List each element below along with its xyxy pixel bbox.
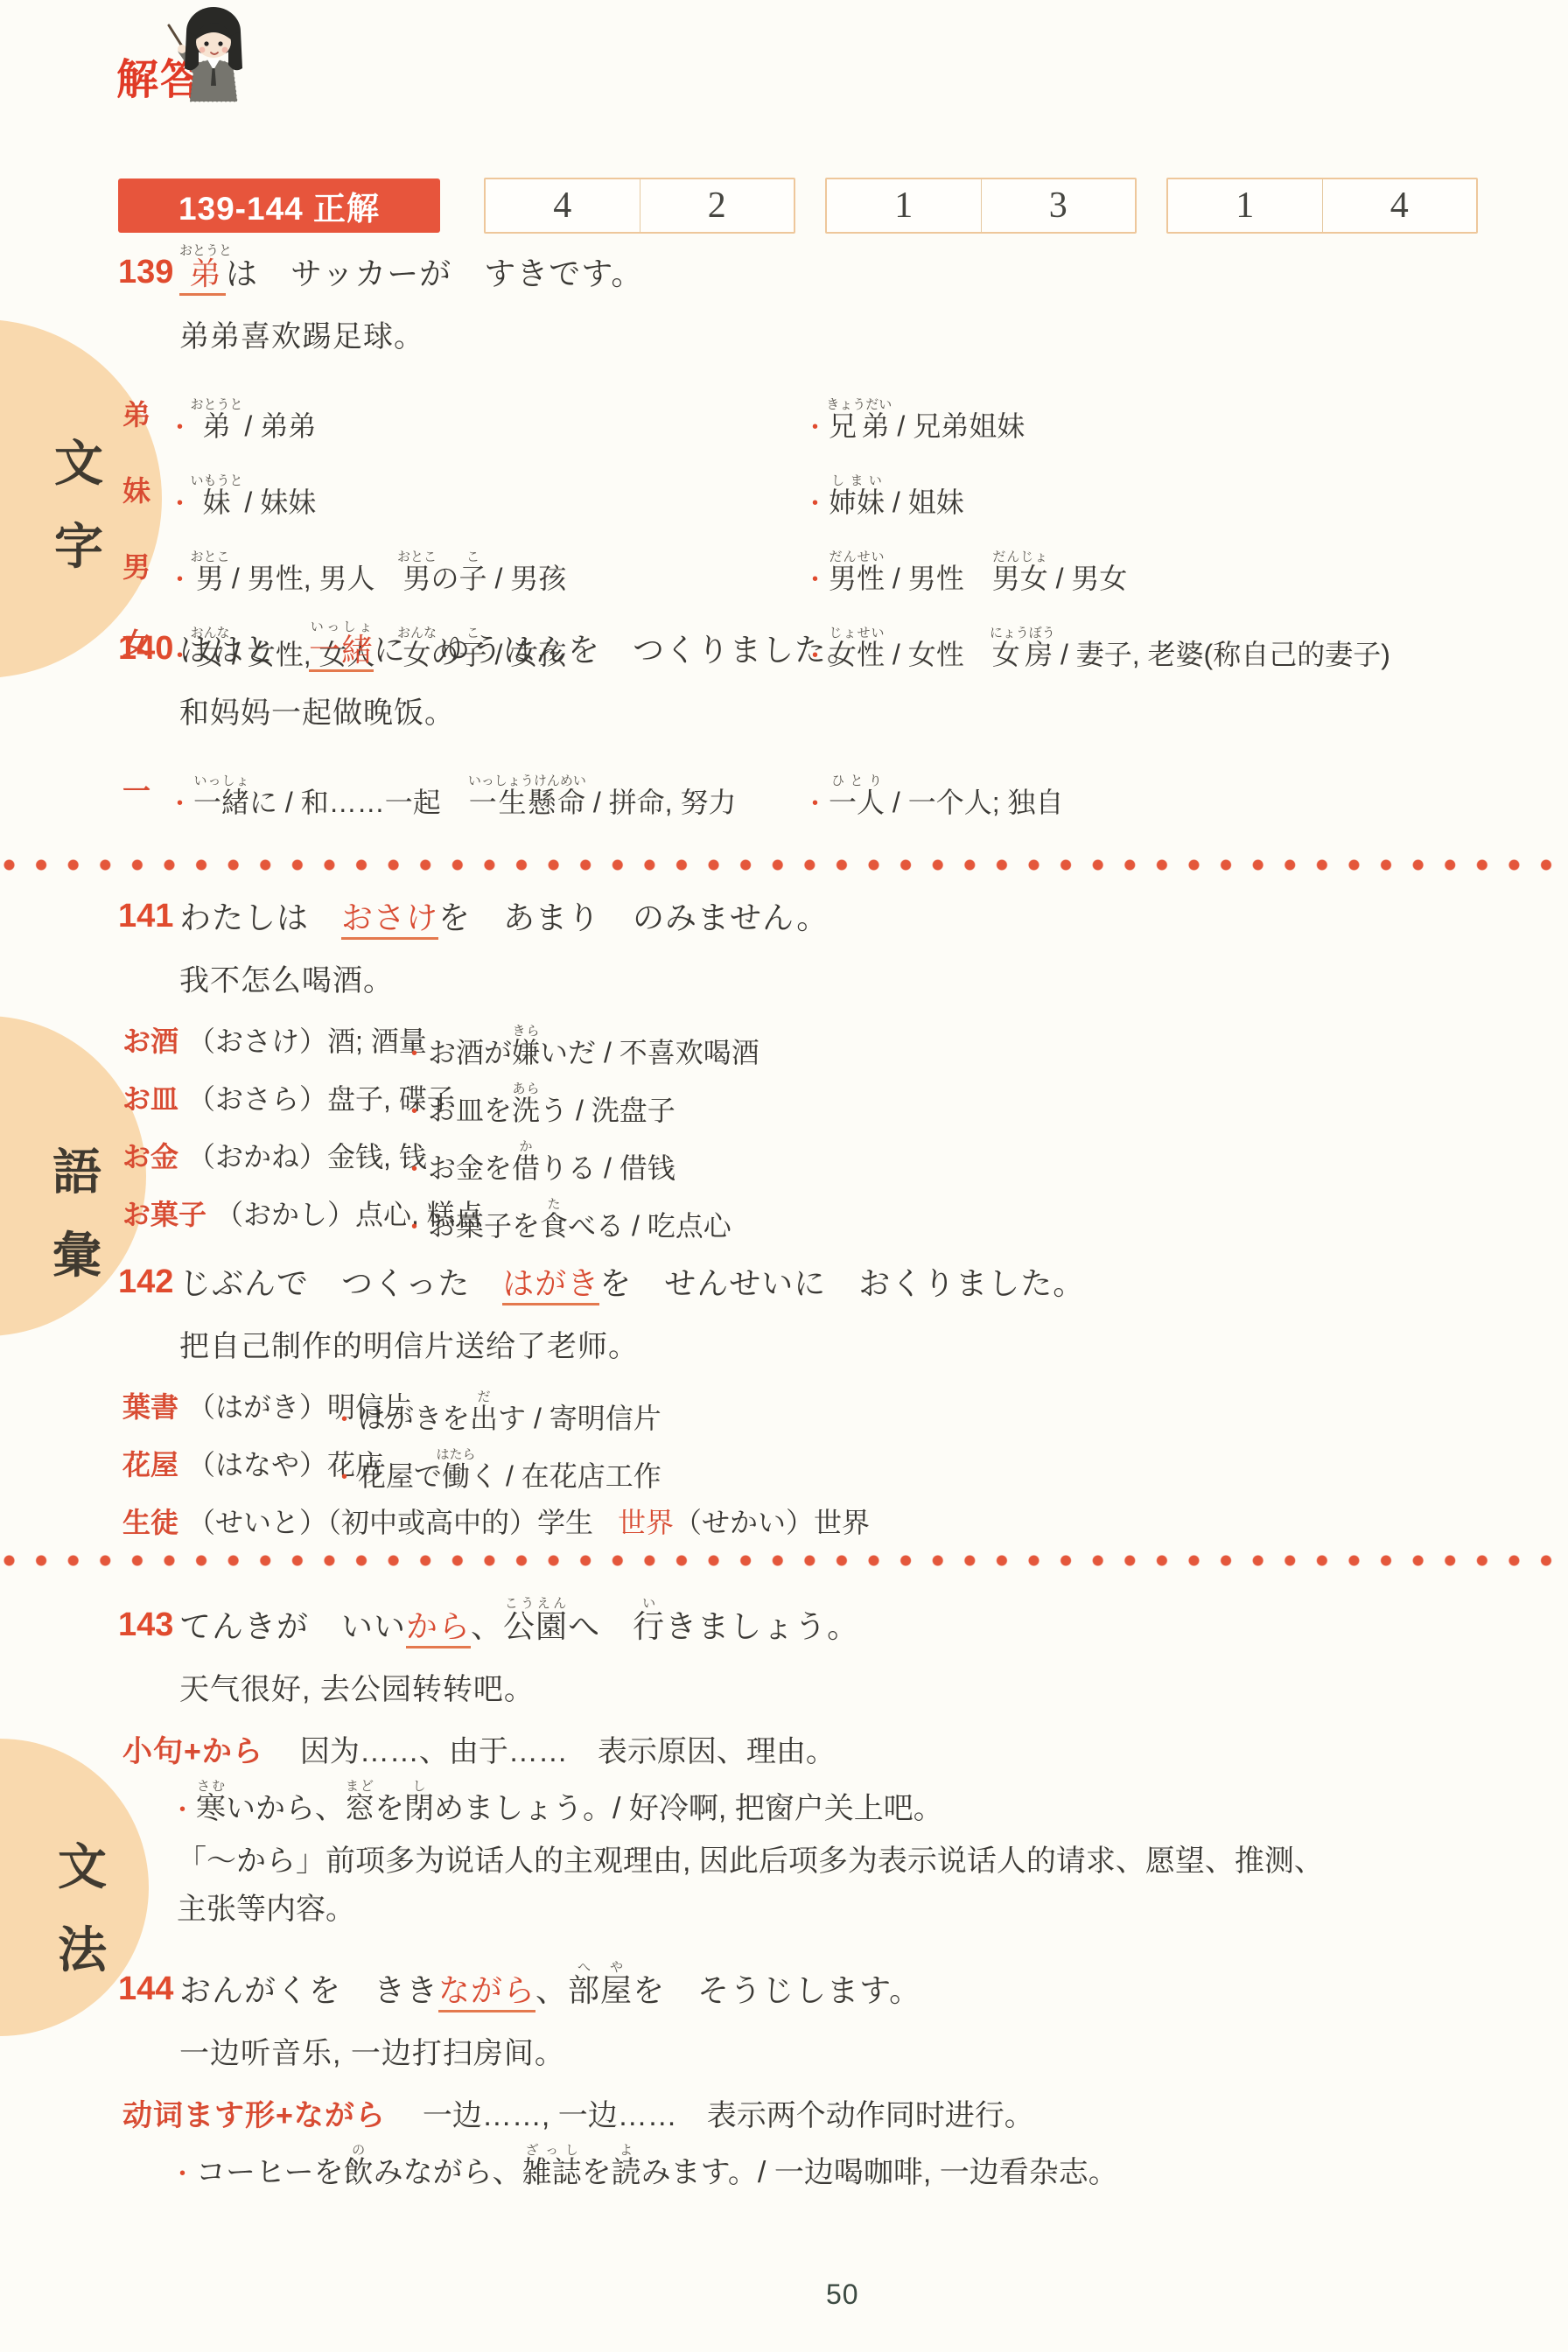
chinese-translation: 我不怎么喝酒。 — [0, 956, 1542, 999]
vocab-entry-left: •妹いもうと / 妹妹 — [177, 473, 812, 520]
vocab-list: お酒（おさけ）酒; 酒量•お酒が嫌きらいだ / 不喜欢喝酒お皿（おさら）盘子, … — [0, 1008, 1542, 1232]
dotted-divider — [3, 1555, 1564, 1566]
vocab-headword: お菓子 — [122, 1199, 206, 1230]
vocab-entry-left: •男おとこ / 男性, 男人 男おとこの子こ / 男孩 — [177, 549, 812, 596]
vocab-row: 花屋（はなや）花店•花屋で働はたらく / 在花店工作 — [122, 1431, 1542, 1482]
question-line: 143 てんきが いいから、公園こうえんへ 行いきましょう。 — [0, 1594, 1542, 1644]
question-142: 142 じぶんで つくった はがきを せんせいに おくりました。 把自己制作的明… — [0, 1251, 1542, 1547]
chinese-translation: 把自己制作的明信片送给了老师。 — [0, 1322, 1542, 1365]
vocab-headword: お酒 — [122, 1025, 178, 1057]
vocab-row: 妹•妹いもうと / 妹妹•姉妹しまい / 姐妹 — [122, 458, 1542, 520]
vocab-definition: （おかね）金钱, 钱 — [187, 1141, 427, 1172]
vocab-headword: お金 — [122, 1141, 178, 1172]
vocab-definition: （おさけ）酒; 酒量 — [187, 1025, 427, 1057]
vocab-example: •お金を借かりる / 借钱 — [411, 1139, 675, 1186]
question-number: 140 — [118, 630, 179, 668]
vocab-example: •お皿を洗あらう / 洗盘子 — [411, 1081, 675, 1128]
answer-range-label: 139-144 正解 — [118, 178, 440, 233]
vocab-headword-group: 生徒（せいと）（初中或高中的）学生 — [122, 1507, 593, 1538]
grammar-example-text: コーヒーを飲のみながら、雑誌ざっしを読よみます。/ 一边喝咖啡, 一边看杂志。 — [196, 2156, 1118, 2189]
vocab-headword: 花屋 — [122, 1449, 178, 1480]
vocab-entry-left: •弟おとうと / 弟弟 — [177, 397, 812, 444]
teacher-girl-illustration — [164, 3, 259, 103]
bullet-icon: • — [812, 570, 818, 589]
answer-cell: 1 — [827, 179, 981, 232]
answer-cell: 2 — [640, 179, 794, 232]
question-line: 139 弟おとうとは サッカーが すきです。 — [0, 241, 1542, 291]
vocab-example: •花屋で働はたらく / 在花店工作 — [341, 1447, 661, 1494]
question-140: 140 ははと 一緒いっしょに ゆうはんを つくりました。 和妈妈一起做晚饭。 … — [0, 618, 1542, 834]
japanese-sentence: 弟おとうとは サッカーが すきです。 — [179, 241, 643, 291]
chinese-translation: 天气很好, 去公园转转吧。 — [0, 1665, 1542, 1708]
vocab-row: 生徒（せいと）（初中或高中的）学生世界（せかい）世界 — [122, 1489, 1542, 1540]
grammar-example-text: 寒さむいから、窓まどを閉しめましょう。/ 好冷啊, 把窗户关上吧。 — [196, 1792, 943, 1825]
vocab-headword: 一 — [122, 773, 177, 820]
chinese-translation: 和妈妈一起做晚饭。 — [0, 689, 1542, 731]
vocab-entry-right: •男性だんせい / 男性 男女だんじょ / 男女 — [812, 549, 1542, 596]
vocab-headword: 男 — [122, 549, 177, 596]
japanese-sentence: おんがくを ききながら、部屋へやを そうじします。 — [179, 1958, 921, 2008]
japanese-sentence: ははと 一緒いっしょに ゆうはんを つくりました。 — [179, 618, 859, 668]
question-141: 141 わたしは おさけを あまり のみません。 我不怎么喝酒。 お酒（おさけ）… — [0, 885, 1542, 1239]
vocab-extra-entry: 世界（せかい）世界 — [618, 1507, 870, 1538]
vocab-row: 男•男おとこ / 男性, 男人 男おとこの子こ / 男孩•男性だんせい / 男性… — [122, 534, 1542, 596]
answer-bar: 139-144 正解 421314 — [118, 178, 1508, 234]
vocab-headword: 生徒 — [122, 1507, 178, 1538]
vocab-headword: 葉書 — [122, 1391, 178, 1423]
bullet-icon: • — [179, 2164, 185, 2183]
grammar-pattern-line: 小句+から 因为……、由于…… 表示原因、理由。 — [0, 1727, 1542, 1770]
page-number: 50 — [826, 2278, 859, 2311]
vocab-entry-left: •一緒いっしょに / 和……一起 一生懸命いっしょうけんめい / 拼命, 努力 — [177, 773, 812, 820]
question-number: 139 — [118, 254, 179, 291]
vocab-row: お金（おかね）金钱, 钱•お金を借かりる / 借钱 — [122, 1123, 1542, 1174]
vocab-headword-group: お皿（おさら）盘子, 碟子 — [122, 1083, 455, 1115]
answer-cell: 4 — [1322, 179, 1477, 232]
dotted-divider — [3, 859, 1564, 871]
grammar-note: 「～から」前项多为说话人的主观理由, 因此后项多为表示说话人的请求、愿望、推测、… — [0, 1837, 1542, 1934]
question-line: 140 ははと 一緒いっしょに ゆうはんを つくりました。 — [0, 618, 1542, 668]
bullet-icon: • — [411, 1217, 417, 1236]
answer-group: 14 — [1166, 178, 1478, 234]
vocab-definition: （せいと）（初中或高中的）学生 — [187, 1507, 593, 1538]
chinese-translation: 一边听音乐, 一边打扫房间。 — [0, 2029, 1542, 2072]
answer-group: 13 — [825, 178, 1137, 234]
answer-cell: 4 — [486, 179, 640, 232]
grammar-pattern: 小句+から — [122, 1727, 263, 1770]
bullet-icon: • — [812, 417, 818, 437]
question-number: 141 — [118, 898, 179, 935]
vocab-row: 弟•弟おとうと / 弟弟•兄弟きょうだい / 兄弟姐妹 — [122, 381, 1542, 444]
question-144: 144 おんがくを ききながら、部屋へやを そうじします。 一边听音乐, 一边打… — [0, 1958, 1542, 2191]
japanese-sentence: じぶんで つくった はがきを せんせいに おくりました。 — [179, 1251, 1085, 1301]
grammar-pattern-line: 动词ます形+ながら 一边……, 一边…… 表示两个动作同时进行。 — [0, 2091, 1542, 2134]
vocab-row: お酒（おさけ）酒; 酒量•お酒が嫌きらいだ / 不喜欢喝酒 — [122, 1008, 1542, 1059]
vocab-example: •はがきを出だす / 寄明信片 — [341, 1389, 661, 1436]
answer-cell: 1 — [1168, 179, 1322, 232]
grammar-pattern: 动词ます形+ながら — [122, 2091, 386, 2134]
question-line: 142 じぶんで つくった はがきを せんせいに おくりました。 — [0, 1251, 1542, 1301]
bullet-icon: • — [341, 1410, 347, 1429]
question-number: 143 — [118, 1606, 179, 1644]
vocab-entry-right: •兄弟きょうだい / 兄弟姐妹 — [812, 397, 1542, 444]
vocab-row: お菓子（おかし）点心, 糕点•お菓子を食たべる / 吃点心 — [122, 1181, 1542, 1232]
answer-groups: 421314 — [484, 178, 1508, 234]
vocab-entry-right: •一人ひとり / 一个人; 独自 — [812, 773, 1542, 820]
vocab-headword: 妹 — [122, 473, 177, 520]
bullet-icon: • — [179, 1800, 185, 1819]
bullet-icon: • — [177, 570, 183, 589]
question-line: 144 おんがくを ききながら、部屋へやを そうじします。 — [0, 1958, 1542, 2008]
vocab-row: お皿（おさら）盘子, 碟子•お皿を洗あらう / 洗盘子 — [122, 1066, 1542, 1116]
answer-cell: 3 — [981, 179, 1136, 232]
answer-group: 42 — [484, 178, 795, 234]
japanese-sentence: てんきが いいから、公園こうえんへ 行いきましょう。 — [179, 1594, 859, 1644]
textbook-answer-page: 文字 語彙 文法 解答 139-144 正解 421314 139 弟おとうとは… — [0, 0, 1568, 2352]
bullet-icon: • — [812, 794, 818, 813]
vocab-entry-right: •姉妹しまい / 姐妹 — [812, 473, 1542, 520]
vocab-row: 一•一緒いっしょに / 和……一起 一生懸命いっしょうけんめい / 拼命, 努力… — [122, 758, 1542, 820]
bullet-icon: • — [177, 794, 183, 813]
bullet-icon: • — [177, 417, 183, 437]
vocab-example: •お酒が嫌きらいだ / 不喜欢喝酒 — [411, 1024, 759, 1070]
bullet-icon: • — [177, 493, 183, 513]
bullet-icon: • — [411, 1044, 417, 1063]
grammar-example: •寒さむいから、窓まどを閉しめましょう。/ 好冷啊, 把窗户关上吧。 — [0, 1775, 1542, 1827]
vocab-headword: 弟 — [122, 397, 177, 444]
vocab-headword: お皿 — [122, 1083, 178, 1115]
question-143: 143 てんきが いいから、公園こうえんへ 行いきましょう。 天气很好, 去公园… — [0, 1594, 1542, 1934]
grammar-example: •コーヒーを飲のみながら、雑誌ざっしを読よみます。/ 一边喝咖啡, 一边看杂志。 — [0, 2139, 1542, 2191]
bullet-icon: • — [341, 1467, 347, 1487]
vocab-headword-group: お金（おかね）金钱, 钱 — [122, 1141, 427, 1172]
vocab-row: 葉書（はがき）明信片•はがきを出だす / 寄明信片 — [122, 1374, 1542, 1424]
question-number: 144 — [118, 1970, 179, 2008]
grammar-meaning: 一边……, 一边…… 表示两个动作同时进行。 — [423, 2091, 1034, 2134]
chinese-translation: 弟弟喜欢踢足球。 — [0, 312, 1542, 355]
bullet-icon: • — [411, 1159, 417, 1179]
japanese-sentence: わたしは おさけを あまり のみません。 — [179, 885, 829, 935]
question-line: 141 わたしは おさけを あまり のみません。 — [0, 885, 1542, 935]
question-number: 142 — [118, 1263, 179, 1301]
grammar-meaning: 因为……、由于…… 表示原因、理由。 — [300, 1727, 836, 1770]
bullet-icon: • — [812, 493, 818, 513]
vocab-list: 一•一緒いっしょに / 和……一起 一生懸命いっしょうけんめい / 拼命, 努力… — [0, 758, 1542, 820]
vocab-example: •お菓子を食たべる / 吃点心 — [411, 1197, 731, 1243]
bullet-icon: • — [411, 1102, 417, 1121]
vocab-headword-group: お酒（おさけ）酒; 酒量 — [122, 1025, 427, 1057]
vocab-list: 葉書（はがき）明信片•はがきを出だす / 寄明信片花屋（はなや）花店•花屋で働は… — [0, 1374, 1542, 1540]
